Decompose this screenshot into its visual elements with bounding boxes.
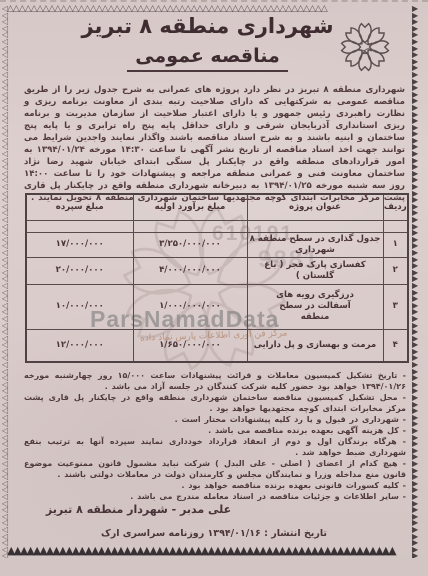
deposit-amount: ۱۷/۰۰۰/۰۰۰ xyxy=(26,232,133,257)
projects-table: ردیف عنوان پروژه مبلغ برآورد اولیه مبلغ … xyxy=(25,193,409,363)
project-title: درزگیری رویه های آسفالت در سطح منطقه xyxy=(247,284,383,329)
table-row: ۳ درزگیری رویه های آسفالت در سطح منطقه ۱… xyxy=(26,284,408,329)
tender-notes-list: - تاریخ تشکیل کمیسیون معاملات و قرائت پی… xyxy=(24,370,406,502)
note-right-to-reject: - شهرداری در قبول و یا رد کلیه پیشنهادات… xyxy=(24,414,406,425)
table-row: ۲ کفسازی پارک فجر ( باغ گلستان ) ۴/۰۰۰/۰… xyxy=(26,257,408,284)
col-header-row-number: ردیف xyxy=(383,194,408,220)
page-title-wrap: مناقصه عمومی xyxy=(40,45,375,72)
note-ad-cost: - کل هزینه آگهی بعهده برنده مناقصه می با… xyxy=(24,425,406,436)
note-commission-date: - تاریخ تشکیل کمیسیون معاملات و قرائت پی… xyxy=(24,370,406,392)
mayor-signature: علی مدبر - شهردار منطقه ۸ تبریز xyxy=(36,503,241,516)
table-spacer-row xyxy=(26,220,408,232)
project-title: جدول گذاری در سطح منطقه ۸ شهرداری xyxy=(247,232,383,257)
border-zigzag-bottom: ▲▲▲▲▲▲▲▲▲▲▲▲▲▲▲▲▲▲▲▲▲▲▲▲▲▲▲▲▲▲▲▲▲▲▲▲▲▲▲▲… xyxy=(7,545,421,558)
col-header-project: عنوان پروژه xyxy=(247,194,383,220)
deposit-amount: ۱۰/۰۰۰/۰۰۰ xyxy=(26,284,133,329)
project-title: مرمت و بهسازی و پل دارایی xyxy=(247,329,383,362)
estimate-amount: ۳/۲۵۰/۰۰۰/۰۰۰ xyxy=(133,232,247,257)
col-header-deposit: مبلغ سپرده xyxy=(26,194,133,220)
publication-date-line: تاریخ انتشار : ۱۳۹۴/۰۱/۱۶ روزنامه سراسری… xyxy=(0,528,428,539)
note-other-details: - سایر اطلاعات و جزئیات مناقصه در اسناد … xyxy=(24,491,406,502)
note-commission-location: - محل تشکیل کمیسیون مناقصه ساختمان شهردا… xyxy=(24,392,406,414)
estimate-amount: ۱/۶۵۰/۰۰۰/۰۰۰ xyxy=(133,329,247,362)
table-row: ۴ مرمت و بهسازی و پل دارایی ۱/۶۵۰/۰۰۰/۰۰… xyxy=(26,329,408,362)
row-number: ۲ xyxy=(383,257,408,284)
note-legal-deductions: - کلیه کسورات قانونی بعهده برنده مناقصه … xyxy=(24,480,406,491)
row-number: ۴ xyxy=(383,329,408,362)
project-title: کفسازی پارک فجر ( باغ گلستان ) xyxy=(247,257,383,284)
note-member-restriction: - هیچ کدام از اعضای ( اصلی - علی البدل )… xyxy=(24,458,406,480)
scan-edge-dashed-line xyxy=(0,0,428,2)
table-row: ۱ جدول گذاری در سطح منطقه ۸ شهرداری ۳/۲۵… xyxy=(26,232,408,257)
col-header-estimate: مبلغ برآورد اولیه xyxy=(133,194,247,220)
deposit-amount: ۲۰/۰۰۰/۰۰۰ xyxy=(26,257,133,284)
organization-title: شهرداری منطقه ۸ تبریز xyxy=(40,14,375,38)
estimate-amount: ۴/۰۰۰/۰۰۰/۰۰۰ xyxy=(133,257,247,284)
note-deposit-forfeit: - هرگاه برندگان اول و دوم از انعقاد قرار… xyxy=(24,436,406,458)
row-number: ۱ xyxy=(383,232,408,257)
page-title: مناقصه عمومی xyxy=(127,45,288,72)
table-header-row: ردیف عنوان پروژه مبلغ برآورد اولیه مبلغ … xyxy=(26,194,408,220)
border-zigzag-right: ▶▶▶▶▶▶▶▶▶▶▶▶▶▶▶▶▶▶▶▶▶▶▶▶▶▶▶▶▶▶▶▶▶▶▶▶▶▶▶▶… xyxy=(412,6,424,558)
tabriz-municipality-logo-icon xyxy=(338,20,392,74)
deposit-amount: ۱۲/۰۰۰/۰۰۰ xyxy=(26,329,133,362)
row-number: ۳ xyxy=(383,284,408,329)
estimate-amount: ۱/۰۰۰/۰۰۰/۰۰۰ xyxy=(133,284,247,329)
tender-intro-paragraph: شهرداری منطقه ۸ تبریز در نظر دارد پروژه … xyxy=(24,84,405,204)
scanned-newspaper-page: △△△△△△△△△△△△△△△△△△△△△△△△△△△△△△△△△△△△△△△△… xyxy=(0,0,428,576)
border-zigzag-left: ◁◁◁◁◁◁◁◁◁◁◁◁◁◁◁◁◁◁◁◁◁◁◁◁◁◁◁◁◁◁◁◁◁◁◁◁◁◁◁◁… xyxy=(2,6,14,558)
